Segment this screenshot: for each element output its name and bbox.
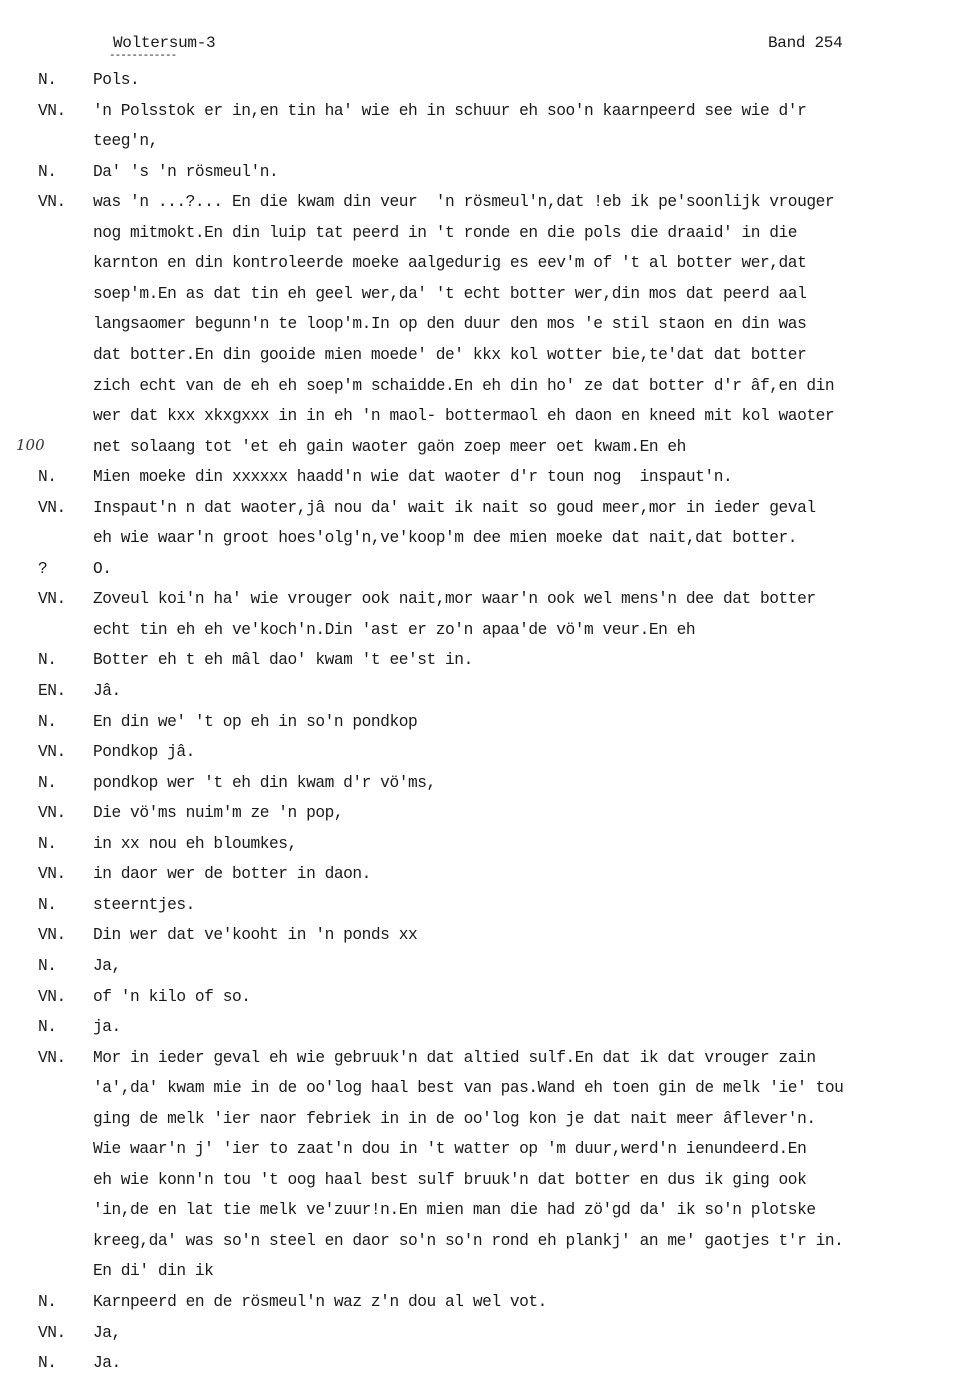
speaker-label: N.: [38, 650, 88, 670]
line-text: Karnpeerd en de rösmeul'n waz z'n dou al…: [93, 1292, 547, 1312]
line-text: in xx nou eh bloumkes,: [93, 834, 297, 854]
line-text: Pondkop jâ.: [93, 742, 195, 762]
line-text: Ja,: [93, 1323, 121, 1343]
line-text: Ja,: [93, 956, 121, 976]
speaker-label: VN.: [38, 192, 88, 212]
speaker-label: N.: [38, 956, 88, 976]
speaker-label: N.: [38, 773, 88, 793]
line-text: Die vö'ms nuim'm ze 'n pop,: [93, 803, 343, 823]
line-text: Jâ.: [93, 681, 121, 701]
speaker-label: VN.: [38, 589, 88, 609]
line-text: echt tin eh eh ve'koch'n.Din 'ast er zo'…: [93, 620, 695, 640]
speaker-label: VN.: [38, 498, 88, 518]
line-text: eh wie waar'n groot hoes'olg'n,ve'koop'm…: [93, 528, 797, 548]
line-text: Mor in ieder geval eh wie gebruuk'n dat …: [93, 1048, 816, 1068]
line-text: Ja.: [93, 1353, 121, 1373]
speaker-label: N.: [38, 467, 88, 487]
speaker-label: VN.: [38, 803, 88, 823]
line-text: O.: [93, 559, 112, 579]
line-text: karnton en din kontroleerde moeke aalged…: [93, 253, 806, 273]
line-text: soep'm.En as dat tin eh geel wer,da' 't …: [93, 284, 806, 304]
line-text: En di' din ik: [93, 1261, 213, 1281]
line-text: 'a',da' kwam mie in de oo'log haal best …: [93, 1078, 843, 1098]
line-text: Botter eh t eh mâl dao' kwam 't ee'st in…: [93, 650, 473, 670]
band-number: Band 254: [768, 34, 842, 52]
line-text: in daor wer de botter in daon.: [93, 864, 371, 884]
line-text: of 'n kilo of so.: [93, 987, 251, 1007]
line-text: Pols.: [93, 70, 139, 90]
line-text: 'n Polsstok er in,en tin ha' wie eh in s…: [93, 101, 806, 121]
line-text: ging de melk 'ier naor febriek in in de …: [93, 1109, 816, 1129]
title-underline: ------------: [109, 52, 176, 60]
line-text: ja.: [93, 1017, 121, 1037]
speaker-label: N.: [38, 712, 88, 732]
speaker-label: N.: [38, 162, 88, 182]
line-text: 'in,de en lat tie melk ve'zuur!n.En mien…: [93, 1200, 816, 1220]
speaker-label: N.: [38, 70, 88, 90]
line-text: teeg'n,: [93, 131, 158, 151]
speaker-label: EN.: [38, 681, 88, 701]
line-text: Din wer dat ve'kooht in 'n ponds xx: [93, 925, 417, 945]
line-text: Mien moeke din xxxxxx haadd'n wie dat wa…: [93, 467, 732, 487]
line-text: was 'n ...?... En die kwam din veur 'n r…: [93, 192, 834, 212]
handwritten-margin-note: 100: [16, 436, 45, 454]
line-text: nog mitmokt.En din luip tat peerd in 't …: [93, 223, 797, 243]
speaker-label: N.: [38, 1292, 88, 1312]
line-text: En din we' 't op eh in so'n pondkop: [93, 712, 417, 732]
document-title: Woltersum-3 ------------: [113, 34, 215, 52]
line-text: steerntjes.: [93, 895, 195, 915]
speaker-label: ?: [38, 559, 88, 579]
speaker-label: VN.: [38, 101, 88, 121]
line-text: kreeg,da' was so'n steel en daor so'n so…: [93, 1231, 843, 1251]
line-text: pondkop wer 't eh din kwam d'r vö'ms,: [93, 773, 436, 793]
line-text: wer dat kxx xkxgxxx in in eh 'n maol- bo…: [93, 406, 834, 426]
speaker-label: VN.: [38, 864, 88, 884]
line-text: net solaang tot 'et eh gain waoter gaön …: [93, 437, 686, 457]
speaker-label: VN.: [38, 1323, 88, 1343]
line-text: langsaomer begunn'n te loop'm.In op den …: [93, 314, 806, 334]
speaker-label: N.: [38, 1017, 88, 1037]
speaker-label: N.: [38, 834, 88, 854]
line-text: Zoveul koi'n ha' wie vrouger ook nait,mo…: [93, 589, 816, 609]
speaker-label: N.: [38, 1353, 88, 1373]
speaker-label: VN.: [38, 987, 88, 1007]
line-text: Da' 's 'n rösmeul'n.: [93, 162, 278, 182]
speaker-label: VN.: [38, 925, 88, 945]
speaker-label: VN.: [38, 742, 88, 762]
line-text: Inspaut'n n dat waoter,jâ nou da' wait i…: [93, 498, 816, 518]
speaker-label: N.: [38, 895, 88, 915]
speaker-label: VN.: [38, 1048, 88, 1068]
line-text: dat botter.En din gooide mien moede' de'…: [93, 345, 806, 365]
line-text: eh wie konn'n tou 't oog haal best sulf …: [93, 1170, 806, 1190]
line-text: Wie waar'n j' 'ier to zaat'n dou in 't w…: [93, 1139, 806, 1159]
line-text: zich echt van de eh eh soep'm schaidde.E…: [93, 376, 834, 396]
